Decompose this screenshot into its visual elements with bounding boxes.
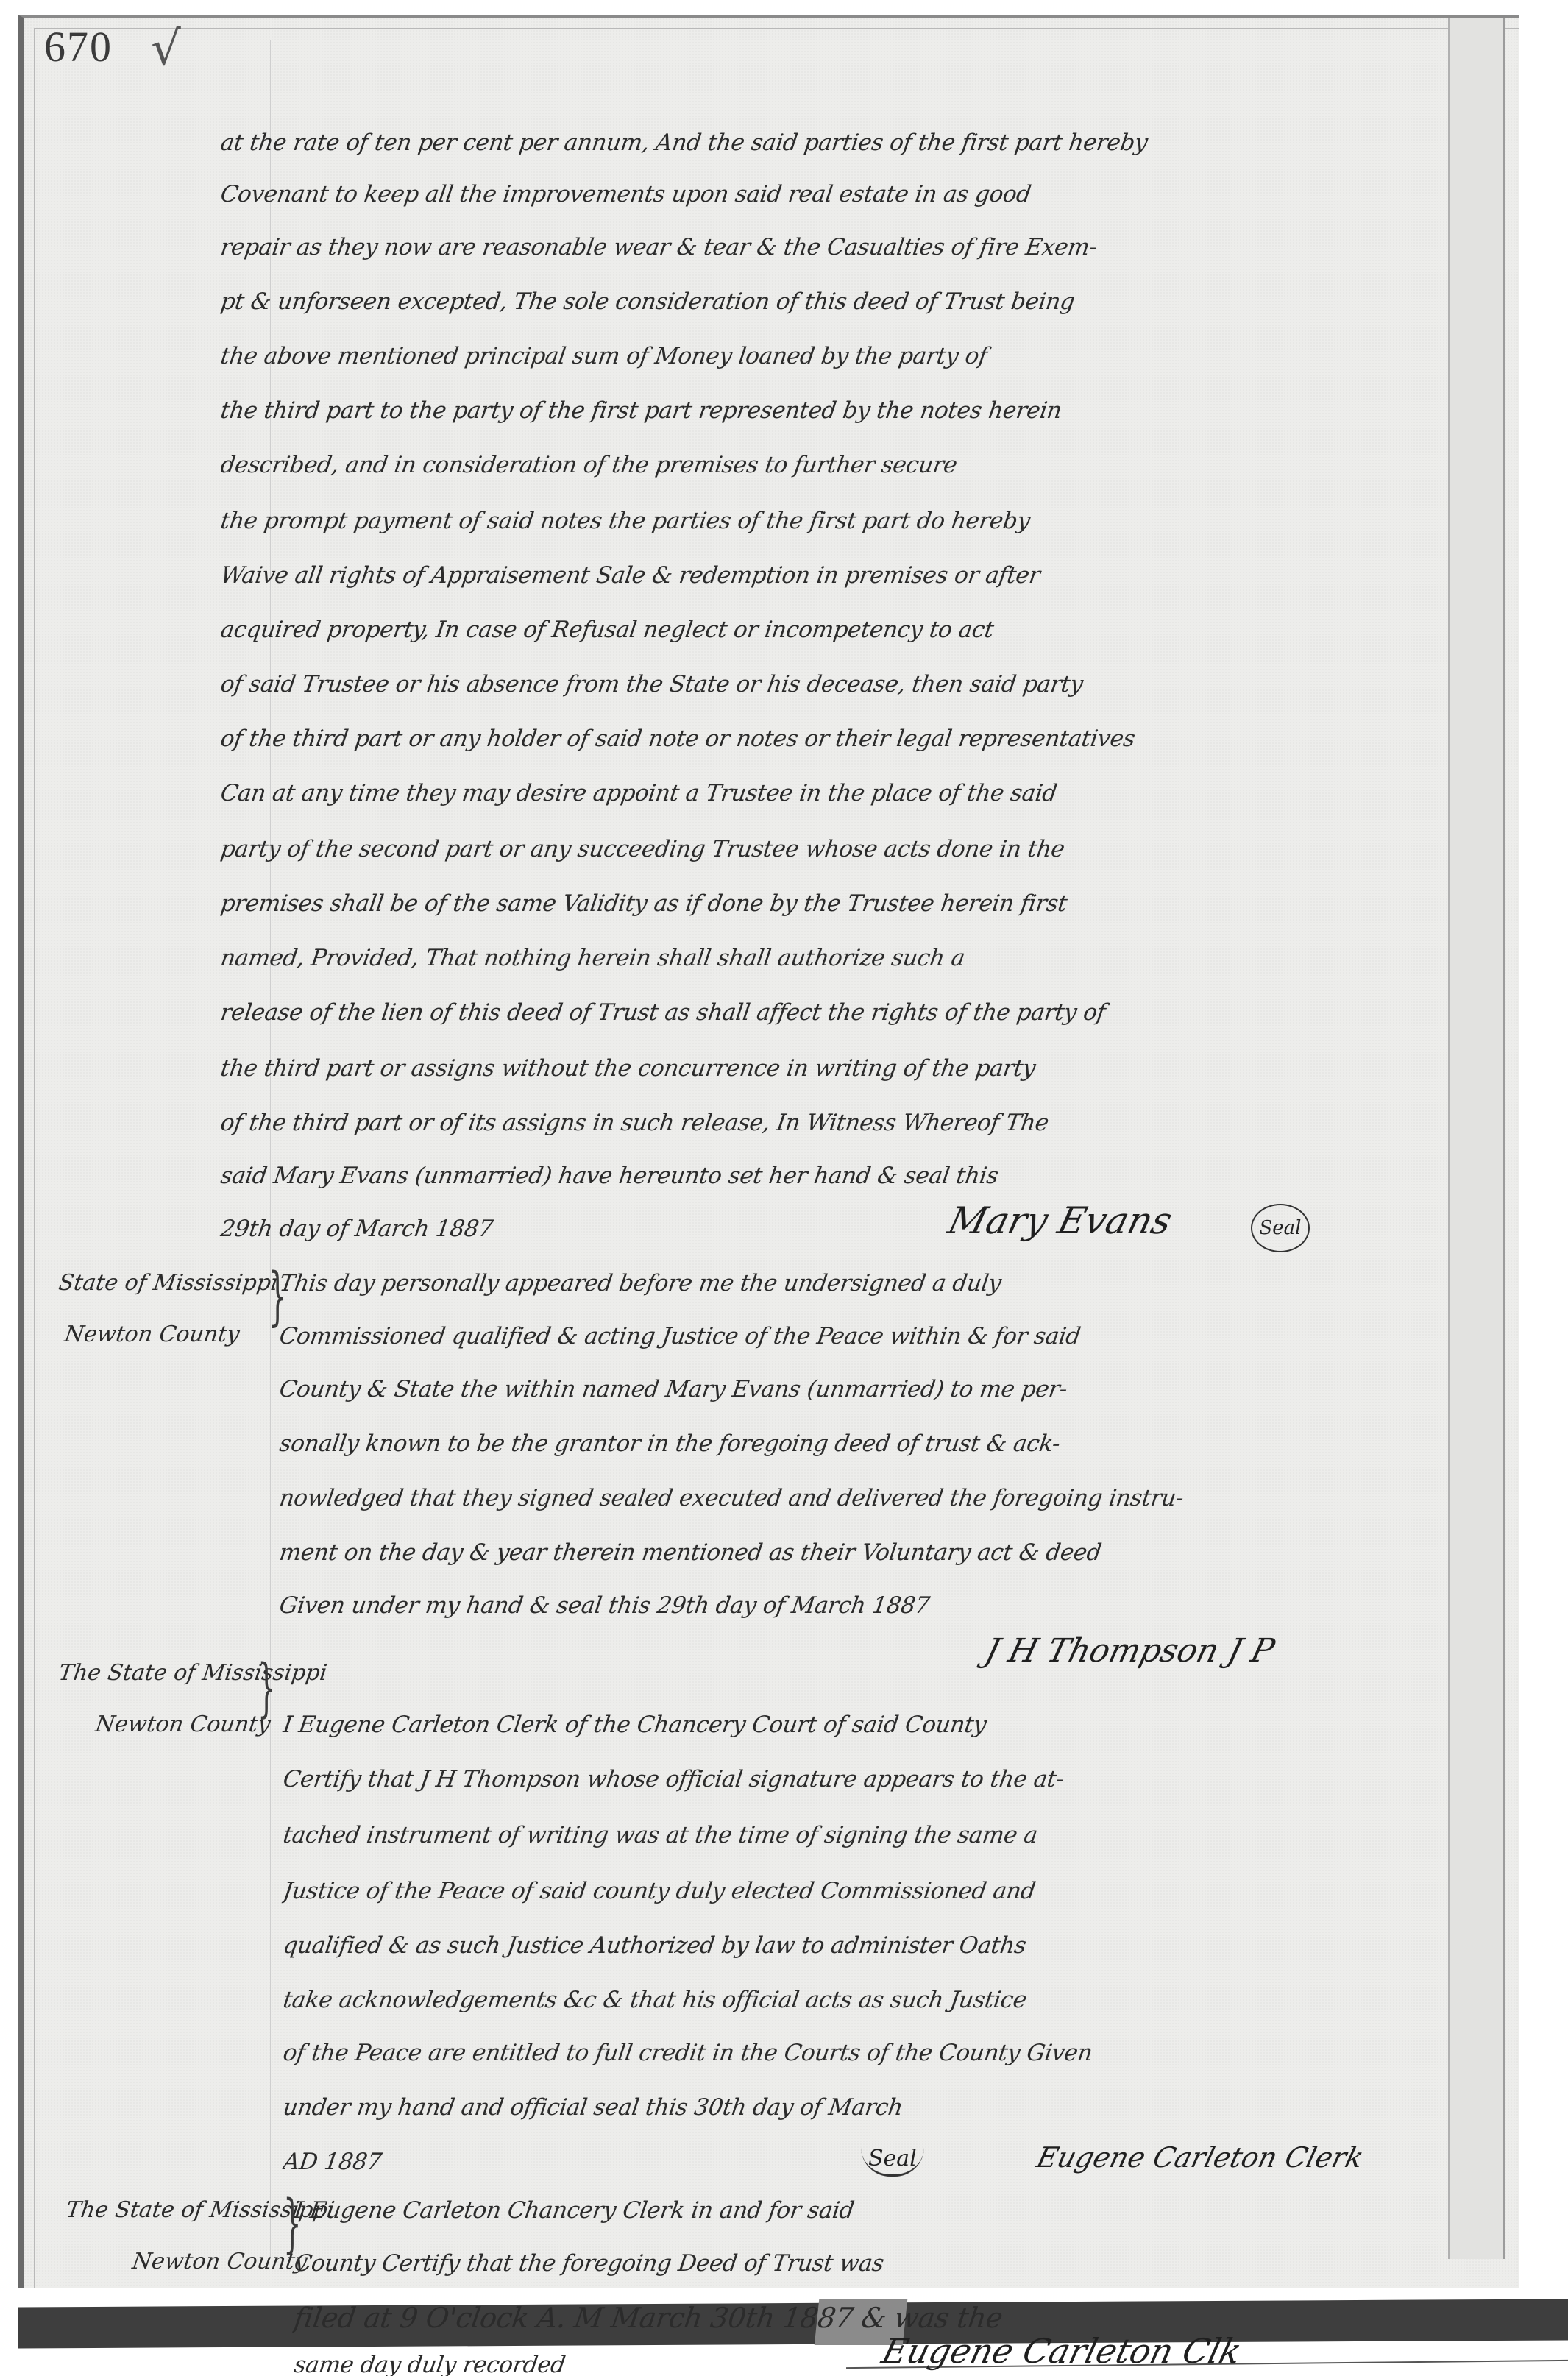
- ack-line: nowledged that they signed sealed execut…: [277, 1485, 1466, 1511]
- clerk-line: of the Peace are entitled to full credit…: [281, 2040, 1466, 2066]
- deed-line: the above mentioned principal sum of Mon…: [219, 343, 1466, 369]
- clerk-line: qualified & as such Justice Authorized b…: [281, 1932, 1466, 1959]
- filing-line: County Certify that the foregoing Deed o…: [292, 2250, 1466, 2277]
- ack-line: ment on the day & year therein mentioned…: [277, 1539, 1466, 1566]
- filing-line: filed at 9 O'clock A. M March 30th 1887 …: [292, 2302, 1466, 2334]
- ack-line: County & State the within named Mary Eva…: [277, 1376, 1466, 1402]
- brace-icon: }: [258, 1651, 276, 1725]
- deed-line: at the rate of ten per cent per annum, A…: [219, 130, 1466, 156]
- deed-line: said Mary Evans (unmarried) have hereunt…: [219, 1163, 1466, 1189]
- deed-line: described, and in consideration of the p…: [219, 452, 1466, 478]
- deed-line: release of the lien of this deed of Trus…: [219, 999, 1466, 1026]
- deed-line: party of the second part or any succeedi…: [219, 836, 1466, 862]
- ack-line: Commissioned qualified & acting Justice …: [277, 1323, 1466, 1350]
- margin-county-label: Newton County: [131, 2249, 309, 2274]
- deed-line: of said Trustee or his absence from the …: [219, 671, 1466, 698]
- clerk-line: AD 1887: [281, 2149, 505, 2175]
- recording-clerk-signature: Eugene Carleton Clk: [878, 2331, 1246, 2371]
- ack-line: sonally known to be the grantor in the f…: [277, 1430, 1466, 1457]
- clerk-line: Certify that J H Thompson whose official…: [281, 1766, 1466, 1792]
- page-number: 670: [44, 22, 113, 71]
- clerk-line: tached instrument of writing was at the …: [281, 1822, 1466, 1848]
- filing-line: I Eugene Carleton Chancery Clerk in and …: [292, 2197, 1466, 2224]
- clerk-line: take acknowledgements &c & that his offi…: [281, 1987, 1466, 2013]
- deed-line: Can at any time they may desire appoint …: [219, 780, 1466, 806]
- deed-line: pt & unforseen excepted, The sole consid…: [219, 288, 1466, 315]
- clerk-line: Justice of the Peace of said county duly…: [281, 1878, 1466, 1904]
- ack-line: Given under my hand & seal this 29th day…: [277, 1592, 1311, 1619]
- deed-line: the third part to the party of the first…: [219, 397, 1466, 424]
- right-edge-line: [1503, 18, 1505, 2259]
- deed-line: the prompt payment of said notes the par…: [219, 508, 1466, 534]
- clerk-signature: Eugene Carleton Clerk: [1034, 2141, 1367, 2174]
- deed-line: repair as they now are reasonable wear &…: [219, 234, 1466, 260]
- margin-county-label: Newton County: [63, 1322, 241, 1347]
- deed-line: Covenant to keep all the improvements up…: [219, 181, 1466, 208]
- deed-line: acquired property, In case of Refusal ne…: [219, 617, 1466, 643]
- deed-line: of the third part or any holder of said …: [219, 726, 1466, 752]
- clerk-line: I Eugene Carleton Clerk of the Chancery …: [281, 1712, 1466, 1738]
- grantor-signature: Mary Evans: [944, 1199, 1177, 1242]
- ack-line: This day personally appeared before me t…: [277, 1270, 1466, 1297]
- clerk-line: under my hand and official seal this 30t…: [281, 2094, 1466, 2121]
- deed-line: the third part or assigns without the co…: [219, 1055, 1466, 1082]
- margin-county-label: Newton County: [94, 1712, 272, 1737]
- grantor-seal: Seal: [1251, 1204, 1310, 1252]
- filing-line: same day duly recorded: [292, 2352, 958, 2376]
- checkmark-icon: √: [151, 22, 181, 77]
- jp-signature: J H Thompson J P: [982, 1632, 1278, 1670]
- margin-rule-line: [270, 40, 271, 2259]
- deed-line: Waive all rights of Appraisement Sale & …: [219, 562, 1466, 589]
- deed-line: premises shall be of the same Validity a…: [219, 890, 1466, 917]
- margin-state-label: The State of Mississippi: [57, 1660, 329, 1686]
- deed-date-line: 29th day of March 1887: [219, 1216, 605, 1242]
- margin-state-label: State of Mississippi: [57, 1270, 280, 1296]
- deed-line: of the third part or of its assigns in s…: [219, 1110, 1466, 1136]
- deed-line: named, Provided, That nothing herein sha…: [219, 945, 1466, 971]
